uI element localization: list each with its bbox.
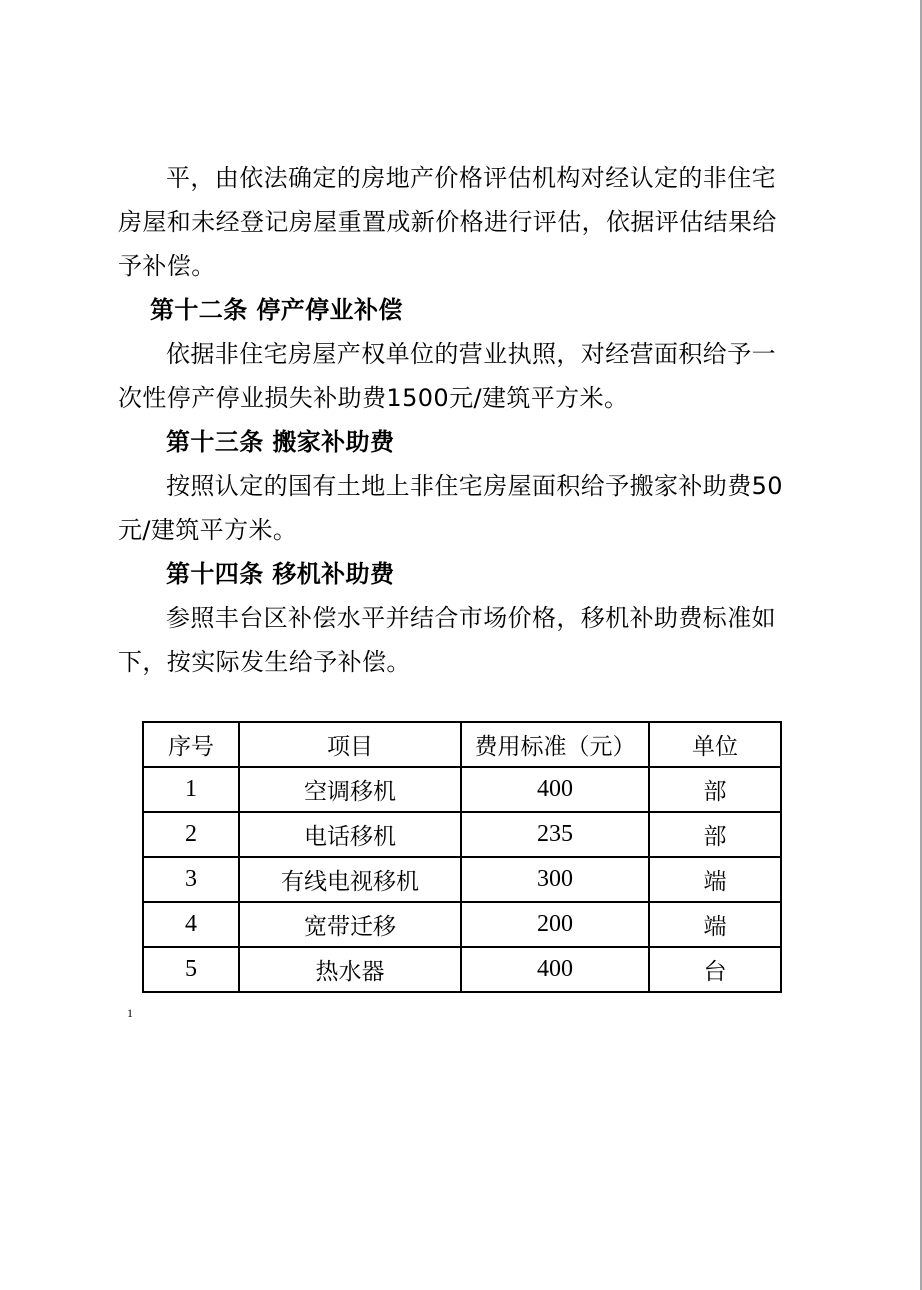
body-line: 依据非住宅房屋产权单位的营业执照，对经营面积给予一 [118,332,808,376]
article-14-heading: 第十四条 移机补助费 [118,552,808,596]
article-13-heading: 第十三条 搬家补助费 [118,420,808,464]
relocation-fee-table: 序号 项目 费用标准（元） 单位 1 空调移机 400 部 2 电话移机 235… [142,721,782,993]
header-unit: 单位 [649,722,781,767]
table-row: 5 热水器 400 台 [143,947,781,992]
cell-unit: 部 [649,812,781,857]
cell-serial: 4 [143,902,239,947]
body-line: 下，按实际发生给予补偿。 [118,640,808,684]
table-row: 3 有线电视移机 300 端 [143,857,781,902]
cell-fee: 200 [461,902,649,947]
cell-serial: 5 [143,947,239,992]
body-line: 平，由依法确定的房地产价格评估机构对经认定的非住宅 [118,156,808,200]
cell-item: 电话移机 [239,812,461,857]
cell-serial: 3 [143,857,239,902]
table-row: 2 电话移机 235 部 [143,812,781,857]
article-12-heading: 第十二条 停产停业补偿 [118,288,808,332]
table-header-row: 序号 项目 费用标准（元） 单位 [143,722,781,767]
cell-unit: 部 [649,767,781,812]
header-serial: 序号 [143,722,239,767]
cell-fee: 300 [461,857,649,902]
cell-unit: 端 [649,902,781,947]
cell-serial: 2 [143,812,239,857]
body-line: 房屋和未经登记房屋重置成新价格进行评估，依据评估结果给 [118,200,808,244]
header-fee: 费用标准（元） [461,722,649,767]
body-line: 按照认定的国有土地上非住宅房屋面积给予搬家补助费50 [118,464,808,508]
body-line: 次性停产停业损失补助费1500元/建筑平方米。 [118,376,808,420]
body-line: 予补偿。 [118,244,808,288]
body-line: 元/建筑平方米。 [118,508,808,552]
header-item: 项目 [239,722,461,767]
body-line: 参照丰台区补偿水平并结合市场价格，移机补助费标准如 [118,596,808,640]
cell-unit: 端 [649,857,781,902]
page-mark: 1 [127,1006,133,1021]
relocation-fee-table-wrap: 序号 项目 费用标准（元） 单位 1 空调移机 400 部 2 电话移机 235… [142,721,782,993]
document-page: 平，由依法确定的房地产价格评估机构对经认定的非住宅 房屋和未经登记房屋重置成新价… [118,156,808,684]
cell-fee: 400 [461,767,649,812]
cell-item: 宽带迁移 [239,902,461,947]
cell-fee: 235 [461,812,649,857]
cell-item: 热水器 [239,947,461,992]
cell-unit: 台 [649,947,781,992]
cell-item: 有线电视移机 [239,857,461,902]
cell-fee: 400 [461,947,649,992]
cell-item: 空调移机 [239,767,461,812]
cell-serial: 1 [143,767,239,812]
table-row: 4 宽带迁移 200 端 [143,902,781,947]
table-row: 1 空调移机 400 部 [143,767,781,812]
